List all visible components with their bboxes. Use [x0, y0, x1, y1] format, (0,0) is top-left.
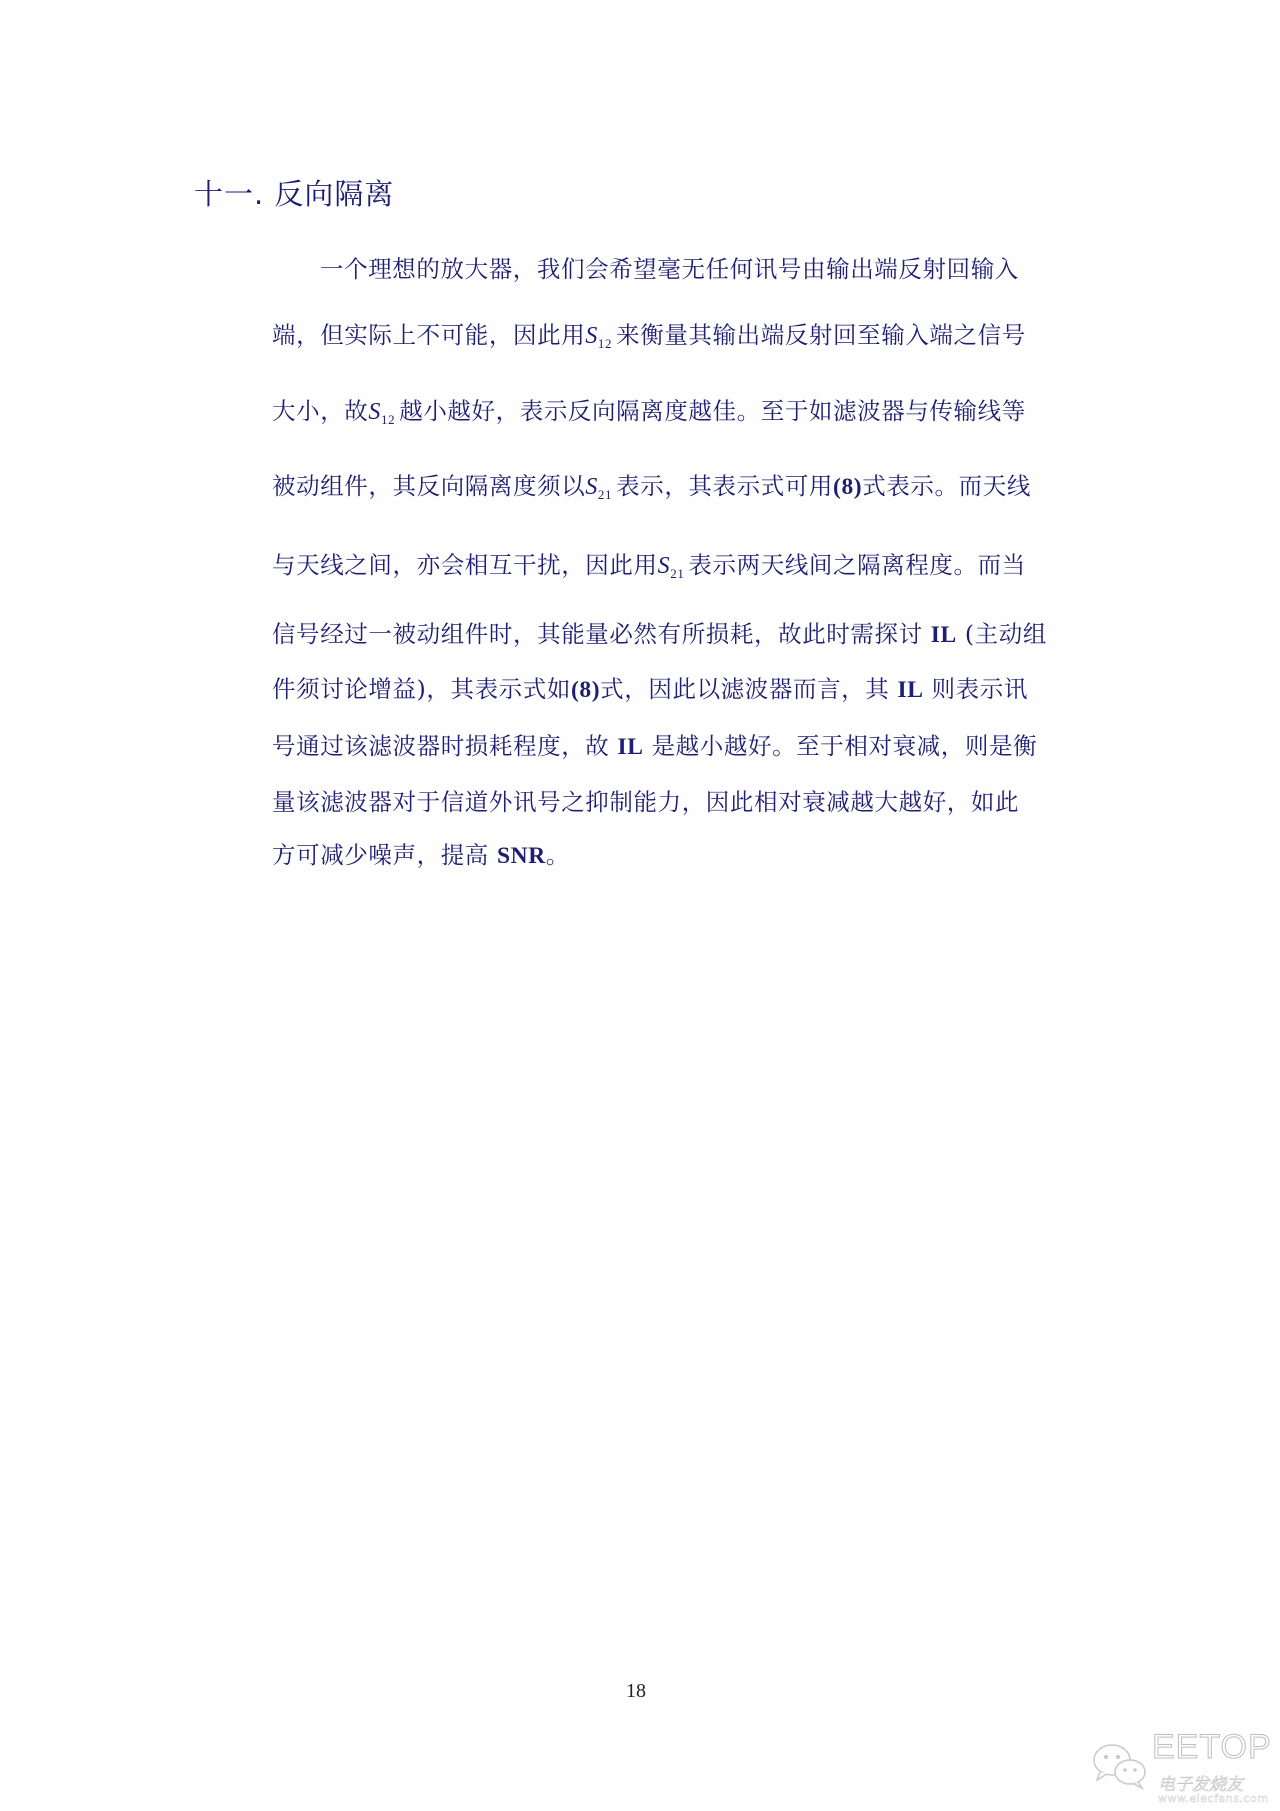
text-run: 是越小越好。至于相对衰减，则是衡 — [644, 732, 1038, 760]
paragraph-line: 量该滤波器对于信道外讯号之抑制能力，因此相对衰减越大越好，如此 — [272, 783, 1019, 817]
bold-term: SNR — [497, 843, 546, 869]
text-run: 式表示。而天线 — [862, 472, 1031, 500]
text-run: 一个理想的放大器，我们会希望毫无任何讯号由输出端反射回输入 — [320, 255, 1019, 283]
bold-term: IL — [617, 734, 643, 760]
watermark-brand: EETOP — [1152, 1728, 1272, 1767]
s-parameter-symbol: S — [658, 553, 671, 579]
text-run: 来衡量其输出端反射回至输入端之信号 — [616, 321, 1026, 349]
text-run: 信号经过一被动组件时，其能量必然有所损耗，故此时需探讨 — [272, 620, 931, 648]
s-parameter-subscript: 12 — [598, 336, 612, 351]
text-run: 与天线之间，亦会相互干扰，因此用 — [272, 551, 658, 579]
bold-term: (8) — [833, 474, 862, 500]
bold-term: IL — [931, 622, 957, 648]
text-run: (主动组 — [957, 620, 1047, 648]
text-run: 表示两天线间之隔离程度。而当 — [688, 551, 1025, 579]
paragraph-line: 与天线之间，亦会相互干扰，因此用S21表示两天线间之隔离程度。而当 — [272, 546, 1026, 582]
s-parameter-subscript: 21 — [598, 487, 612, 502]
s-parameter-subscript: 12 — [381, 412, 395, 427]
paragraph-line: 一个理想的放大器，我们会希望毫无任何讯号由输出端反射回输入 — [320, 250, 1019, 284]
text-run: 式，因此以滤波器而言，其 — [600, 675, 897, 703]
text-run: 被动组件，其反向隔离度须以 — [272, 472, 585, 500]
bold-term: IL — [897, 677, 923, 703]
paragraph-line: 方可减少噪声，提高 SNR。 — [272, 836, 570, 870]
text-run: 方可减少噪声，提高 — [272, 841, 497, 869]
text-run: 端，但实际上不可能，因此用 — [272, 321, 585, 349]
document-page: 十一. 反向隔离 一个理想的放大器，我们会希望毫无任何讯号由输出端反射回输入端，… — [0, 0, 1280, 1811]
text-run: 号通过该滤波器时损耗程度，故 — [272, 732, 617, 760]
text-run: 大小，故 — [272, 397, 368, 425]
s-parameter-symbol: S — [368, 399, 381, 425]
bold-term: (8) — [571, 677, 600, 703]
text-run: 越小越好，表示反向隔离度越佳。至于如滤波器与传输线等 — [399, 397, 1026, 425]
paragraph-line: 件须讨论增益)，其表示式如(8)式，因此以滤波器而言，其 IL 则表示讯 — [272, 670, 1028, 704]
page-number: 18 — [626, 1680, 646, 1703]
watermark: EETOP 电子发烧友 www.elecfans.com — [1090, 1728, 1275, 1808]
paragraph-line: 被动组件，其反向隔离度须以S21表示，其表示式可用(8)式表示。而天线 — [272, 467, 1031, 503]
text-run: 件须讨论增益)，其表示式如 — [272, 675, 571, 703]
text-run: 量该滤波器对于信道外讯号之抑制能力，因此相对衰减越大越好，如此 — [272, 788, 1019, 816]
section-heading: 十一. 反向隔离 — [194, 172, 394, 213]
paragraph-line: 信号经过一被动组件时，其能量必然有所损耗，故此时需探讨 IL (主动组 — [272, 615, 1047, 649]
text-run: 表示，其表示式可用 — [616, 472, 833, 500]
text-run: 则表示讯 — [923, 675, 1027, 703]
text-run: 。 — [546, 841, 570, 869]
s-parameter-symbol: S — [585, 323, 598, 349]
s-parameter-symbol: S — [585, 474, 598, 500]
paragraph-line: 号通过该滤波器时损耗程度，故 IL 是越小越好。至于相对衰减，则是衡 — [272, 727, 1037, 761]
watermark-url: www.elecfans.com — [1158, 1792, 1268, 1805]
paragraph-line: 端，但实际上不可能，因此用S12来衡量其输出端反射回至输入端之信号 — [272, 316, 1026, 352]
wechat-icon — [1090, 1738, 1152, 1798]
s-parameter-subscript: 21 — [670, 566, 684, 581]
paragraph-line: 大小，故S12越小越好，表示反向隔离度越佳。至于如滤波器与传输线等 — [272, 392, 1026, 428]
